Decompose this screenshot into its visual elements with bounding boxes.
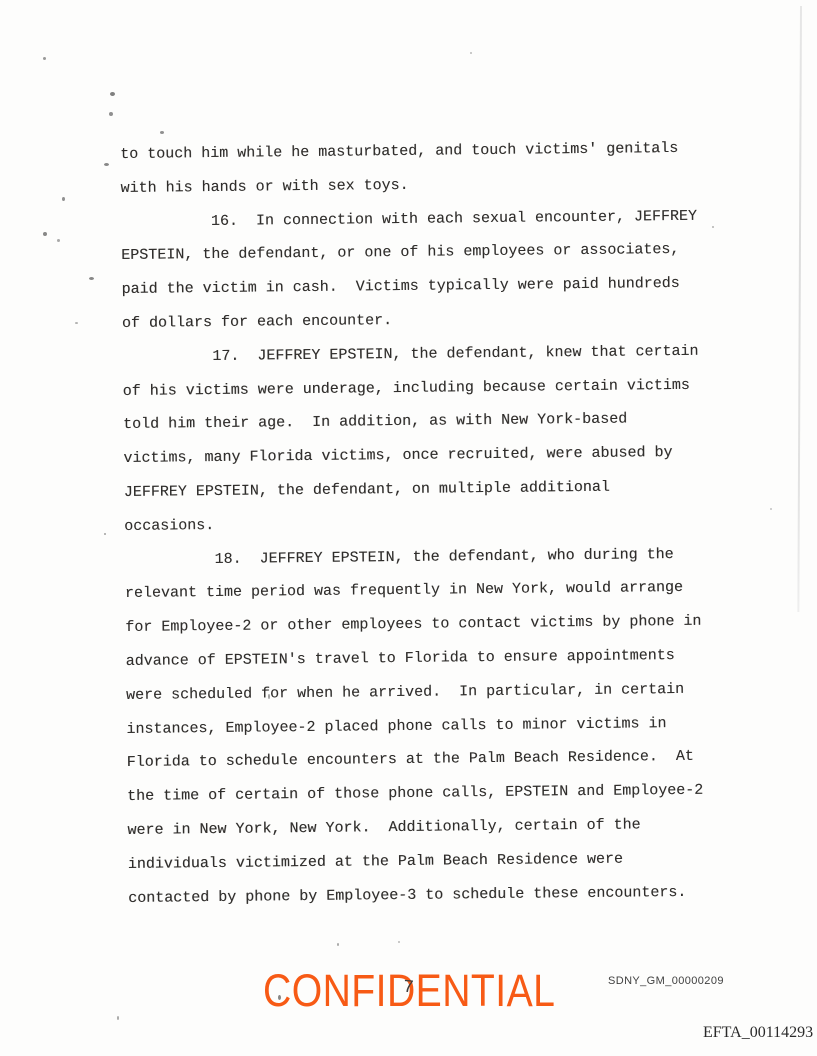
document-line: contacted by phone by Employee-3 to sche… (128, 875, 748, 916)
scan-speck (57, 239, 60, 242)
scan-speck (160, 131, 164, 134)
page-edge-line (797, 6, 802, 612)
bates-number-efta: EFTA_00114293 (703, 1024, 813, 1042)
document-line: paid the victim in cash. Victims typical… (121, 266, 741, 307)
document-line: to touch him while he masturbated, and t… (120, 131, 740, 172)
page-number-artifact: 7 (402, 978, 414, 999)
bates-number-sdny: SDNY_GM_00000209 (608, 975, 724, 987)
scan-speck (470, 52, 472, 54)
scan-speck (109, 112, 113, 116)
scan-speck (117, 1016, 119, 1020)
scan-speck (337, 943, 339, 946)
document-body: to touch him while he masturbated, and t… (120, 131, 748, 915)
document-line: victims, many Florida victims, once recr… (123, 435, 743, 476)
scan-speck (110, 92, 115, 96)
scan-speck (43, 57, 46, 60)
scanned-document-page: to touch him while he masturbated, and t… (0, 0, 817, 1056)
scan-speck (104, 163, 109, 166)
scan-speck (75, 322, 78, 324)
scan-speck (62, 197, 65, 201)
scan-speck (398, 941, 400, 943)
scan-speck (43, 232, 47, 236)
scan-speck (89, 277, 94, 280)
document-line: of his victims were underage, including … (123, 368, 743, 409)
scan-speck (770, 508, 772, 510)
document-line: the time of certain of those phone calls… (127, 773, 747, 814)
scan-speck (104, 533, 106, 535)
